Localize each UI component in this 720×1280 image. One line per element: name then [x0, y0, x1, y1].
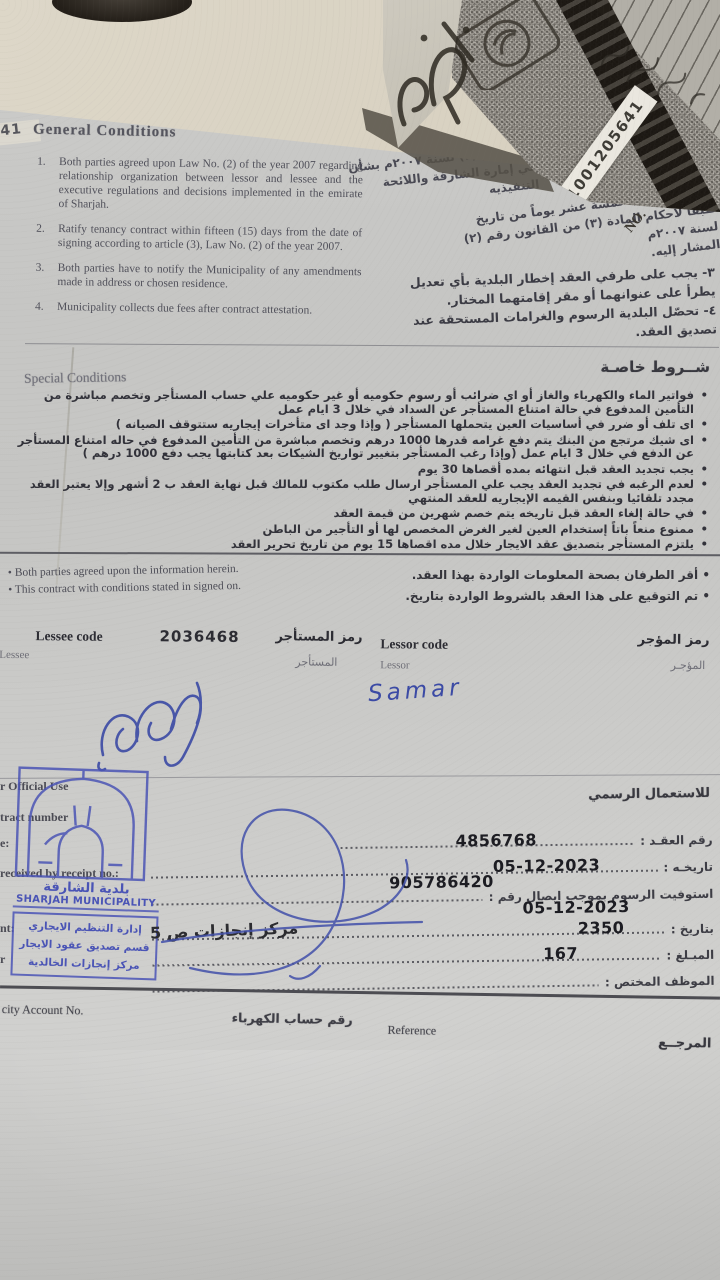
paper-shading	[0, 1050, 720, 1280]
reference-label-en: Reference	[387, 1023, 436, 1039]
handwritten-scribble	[378, 8, 488, 148]
stamp-department-box: إدارة التنظيم الايجاري قسم تصديق عقود ال…	[10, 911, 158, 980]
photo-of-tenancy-contract: 641 1001205641 General Conditions 1. Bot…	[0, 0, 720, 1280]
electricity-account-label-ar: رقم حساب الكهرباء	[232, 1010, 353, 1027]
electricity-account-label-en: city Account No.	[2, 1002, 84, 1018]
sharjah-municipality-stamp: بلدية الشارقة SHARJAH MUNICIPALITY إدارة…	[10, 766, 163, 981]
officer-signature	[160, 772, 450, 987]
stamp-department-line: مركز إنجازات الخالدية	[17, 953, 152, 976]
municipality-arch-icon	[14, 766, 150, 883]
dark-object-top-edge	[52, 0, 192, 22]
